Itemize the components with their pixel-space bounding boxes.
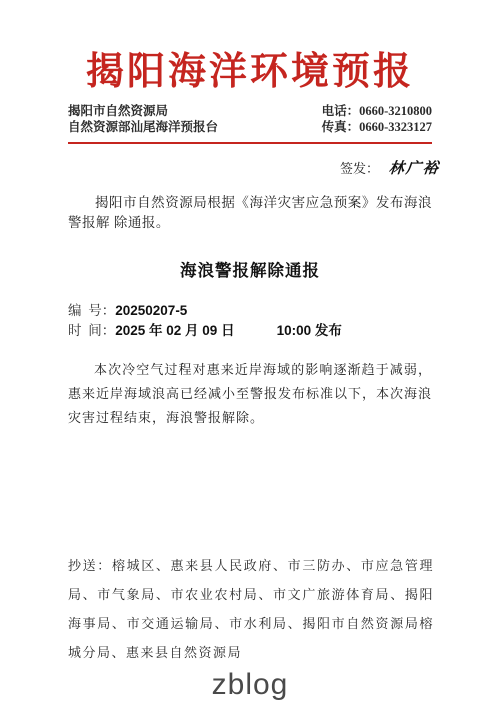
notice-time-row: 时 间：2025 年 02 月 09 日10:00 发布 xyxy=(68,321,432,341)
notice-release-time: 10:00 发布 xyxy=(277,323,342,338)
issuing-org-block: 揭阳市自然资源局 自然资源部汕尾海洋预报台 xyxy=(68,103,218,135)
notice-body-paragraph: 本次冷空气过程对惠来近岸海域的影响逐渐趋于减弱，惠来近岸海域浪高已经减小至警报发… xyxy=(68,358,432,430)
phone-row: 电话：0660-3210800 xyxy=(322,103,432,119)
notice-number-value: 20250207-5 xyxy=(115,303,187,318)
cc-text: 榕城区、惠来县人民政府、市三防办、市应急管理局、市气象局、市农业农村局、市文广旅… xyxy=(68,558,434,660)
signoff-label: 签发： xyxy=(340,161,379,176)
signature-name: 林广裕 xyxy=(388,157,441,178)
intro-paragraph: 揭阳市自然资源局根据《海洋灾害应急预案》发布海浪警报解 除通报。 xyxy=(68,193,432,233)
letterhead-divider-rule xyxy=(68,142,432,144)
notice-number-row: 编 号：20250207-5 xyxy=(68,301,432,321)
fax-row: 传真：0660-3323127 xyxy=(322,119,432,135)
site-watermark: zblog xyxy=(0,669,500,701)
org-line-1: 揭阳市自然资源局 xyxy=(68,103,218,119)
notice-time-date: 2025 年 02 月 09 日 xyxy=(115,323,234,338)
fax-number: 0660-3323127 xyxy=(359,120,432,134)
letterhead-info-row: 揭阳市自然资源局 自然资源部汕尾海洋预报台 电话：0660-3210800 传真… xyxy=(0,103,500,135)
notice-meta-block: 编 号：20250207-5 时 间：2025 年 02 月 09 日10:00… xyxy=(68,301,432,341)
cc-label: 抄送： xyxy=(68,558,112,573)
phone-label: 电话： xyxy=(322,104,360,118)
cc-list-paragraph: 抄送：榕城区、惠来县人民政府、市三防办、市应急管理局、市气象局、市农业农村局、市… xyxy=(68,551,434,667)
notice-number-label: 编 号： xyxy=(68,303,115,318)
notice-time-label: 时 间： xyxy=(68,323,115,338)
phone-number: 0660-3210800 xyxy=(359,104,432,118)
notice-heading: 海浪警报解除通报 xyxy=(0,257,500,281)
fax-label: 传真： xyxy=(322,120,360,134)
document-title: 揭阳海洋环境预报 xyxy=(0,50,500,96)
contact-block: 电话：0660-3210800 传真：0660-3323127 xyxy=(322,103,432,135)
document-page: 揭阳海洋环境预报 揭阳市自然资源局 自然资源部汕尾海洋预报台 电话：0660-3… xyxy=(0,0,500,707)
org-line-2: 自然资源部汕尾海洋预报台 xyxy=(68,119,218,135)
signoff-line: 签发：林广裕 xyxy=(0,157,500,178)
